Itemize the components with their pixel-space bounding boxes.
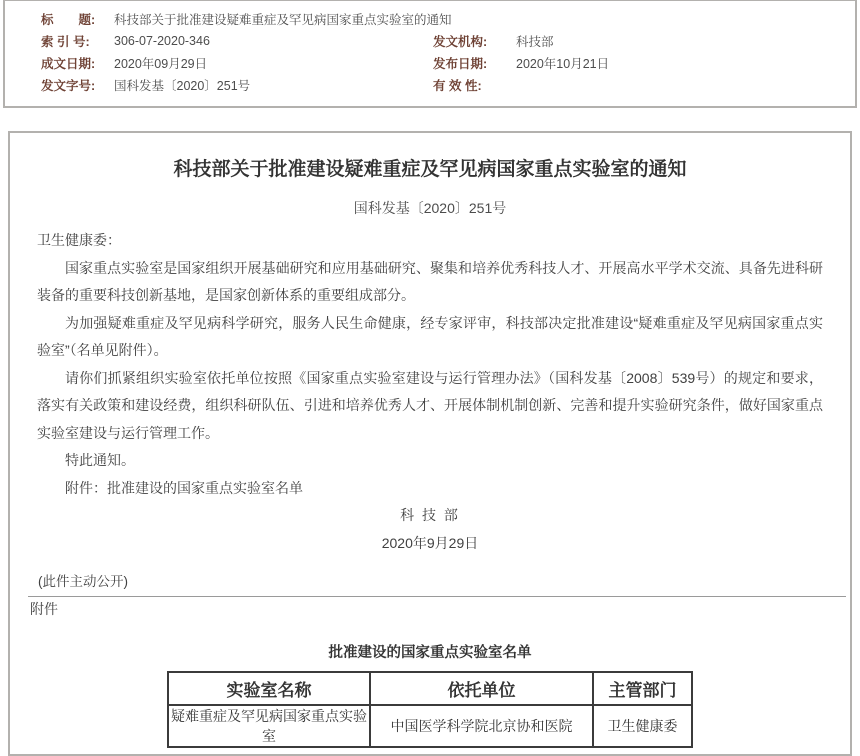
meta-title-value: 科技部关于批准建设疑难重症及罕见病国家重点实验室的通知 — [113, 10, 855, 28]
document-box: 科技部关于批准建设疑难重症及罕见病国家重点实验室的通知 国科发基〔2020〕25… — [8, 131, 852, 756]
meta-index-value: 306-07-2020-346 — [113, 34, 433, 48]
document-title: 科技部关于批准建设疑难重症及罕见病国家重点实验室的通知 — [10, 157, 850, 183]
column-header-lab-name: 实验室名称 — [168, 672, 370, 705]
notice-line: 特此通知。 — [37, 447, 823, 475]
attachment-table-title: 批准建设的国家重点实验室名单 — [10, 643, 850, 663]
document-number: 国科发基〔2020〕251号 — [10, 198, 850, 218]
attachment-table: 实验室名称 依托单位 主管部门 疑难重症及罕见病国家重点实验室 中国医学科学院北… — [167, 671, 693, 748]
meta-row-dates: 成文日期: 2020年09月29日 发布日期: 2020年10月21日 — [5, 52, 855, 74]
table-row: 疑难重症及罕见病国家重点实验室 中国医学科学院北京协和医院 卫生健康委 — [168, 705, 692, 747]
column-header-dept: 主管部门 — [593, 672, 692, 705]
signer-name: 科 技 部 — [10, 502, 850, 530]
page: 标 题: 科技部关于批准建设疑难重症及罕见病国家重点实验室的通知 索 引 号: … — [0, 0, 860, 756]
meta-row-docnum: 发文字号: 国科发基〔2020〕251号 有 效 性: — [5, 74, 855, 96]
meta-header-box: 标 题: 科技部关于批准建设疑难重症及罕见病国家重点实验室的通知 索 引 号: … — [3, 0, 857, 108]
attachment-label: 附件 — [10, 597, 850, 621]
sign-date: 2020年9月29日 — [10, 530, 850, 558]
cell-lab-name: 疑难重症及罕见病国家重点实验室 — [168, 705, 370, 747]
meta-row-index: 索 引 号: 306-07-2020-346 发文机构: 科技部 — [5, 30, 855, 52]
column-header-host-org: 依托单位 — [370, 672, 593, 705]
paragraph-1: 国家重点实验室是国家组织开展基础研究和应用基础研究、聚集和培养优秀科技人才、开展… — [37, 255, 823, 310]
meta-written-date-value: 2020年09月29日 — [113, 54, 433, 72]
addressee: 卫生健康委： — [37, 227, 823, 255]
meta-written-date-label: 成文日期: — [41, 54, 113, 72]
sign-block: 科 技 部 2020年9月29日 — [10, 502, 850, 557]
meta-title-label: 标 题: — [41, 10, 113, 28]
meta-index-label: 索 引 号: — [41, 32, 113, 50]
cell-host-org: 中国医学科学院北京协和医院 — [370, 705, 593, 747]
table-header-row: 实验室名称 依托单位 主管部门 — [168, 672, 692, 705]
attachment-note: 附件：批准建设的国家重点实验室名单 — [37, 475, 823, 503]
paragraph-3: 请你们抓紧组织实验室依托单位按照《国家重点实验室建设与运行管理办法》（国科发基〔… — [37, 365, 823, 448]
meta-doc-number-label: 发文字号: — [41, 76, 113, 94]
meta-agency-value: 科技部 — [515, 32, 855, 50]
meta-doc-number-value: 国科发基〔2020〕251号 — [113, 76, 433, 94]
cell-dept: 卫生健康委 — [593, 705, 692, 747]
meta-publish-date-label: 发布日期: — [433, 54, 515, 72]
meta-row-title: 标 题: 科技部关于批准建设疑难重症及罕见病国家重点实验室的通知 — [5, 8, 855, 30]
disclosure-note: (此件主动公开) — [10, 571, 850, 593]
meta-validity-label: 有 效 性: — [433, 76, 515, 94]
paragraph-2: 为加强疑难重症及罕见病科学研究，服务人民生命健康，经专家评审，科技部决定批准建设… — [37, 310, 823, 365]
meta-publish-date-value: 2020年10月21日 — [515, 54, 855, 72]
document-body: 卫生健康委： 国家重点实验室是国家组织开展基础研究和应用基础研究、聚集和培养优秀… — [10, 227, 850, 502]
meta-agency-label: 发文机构: — [433, 32, 515, 50]
